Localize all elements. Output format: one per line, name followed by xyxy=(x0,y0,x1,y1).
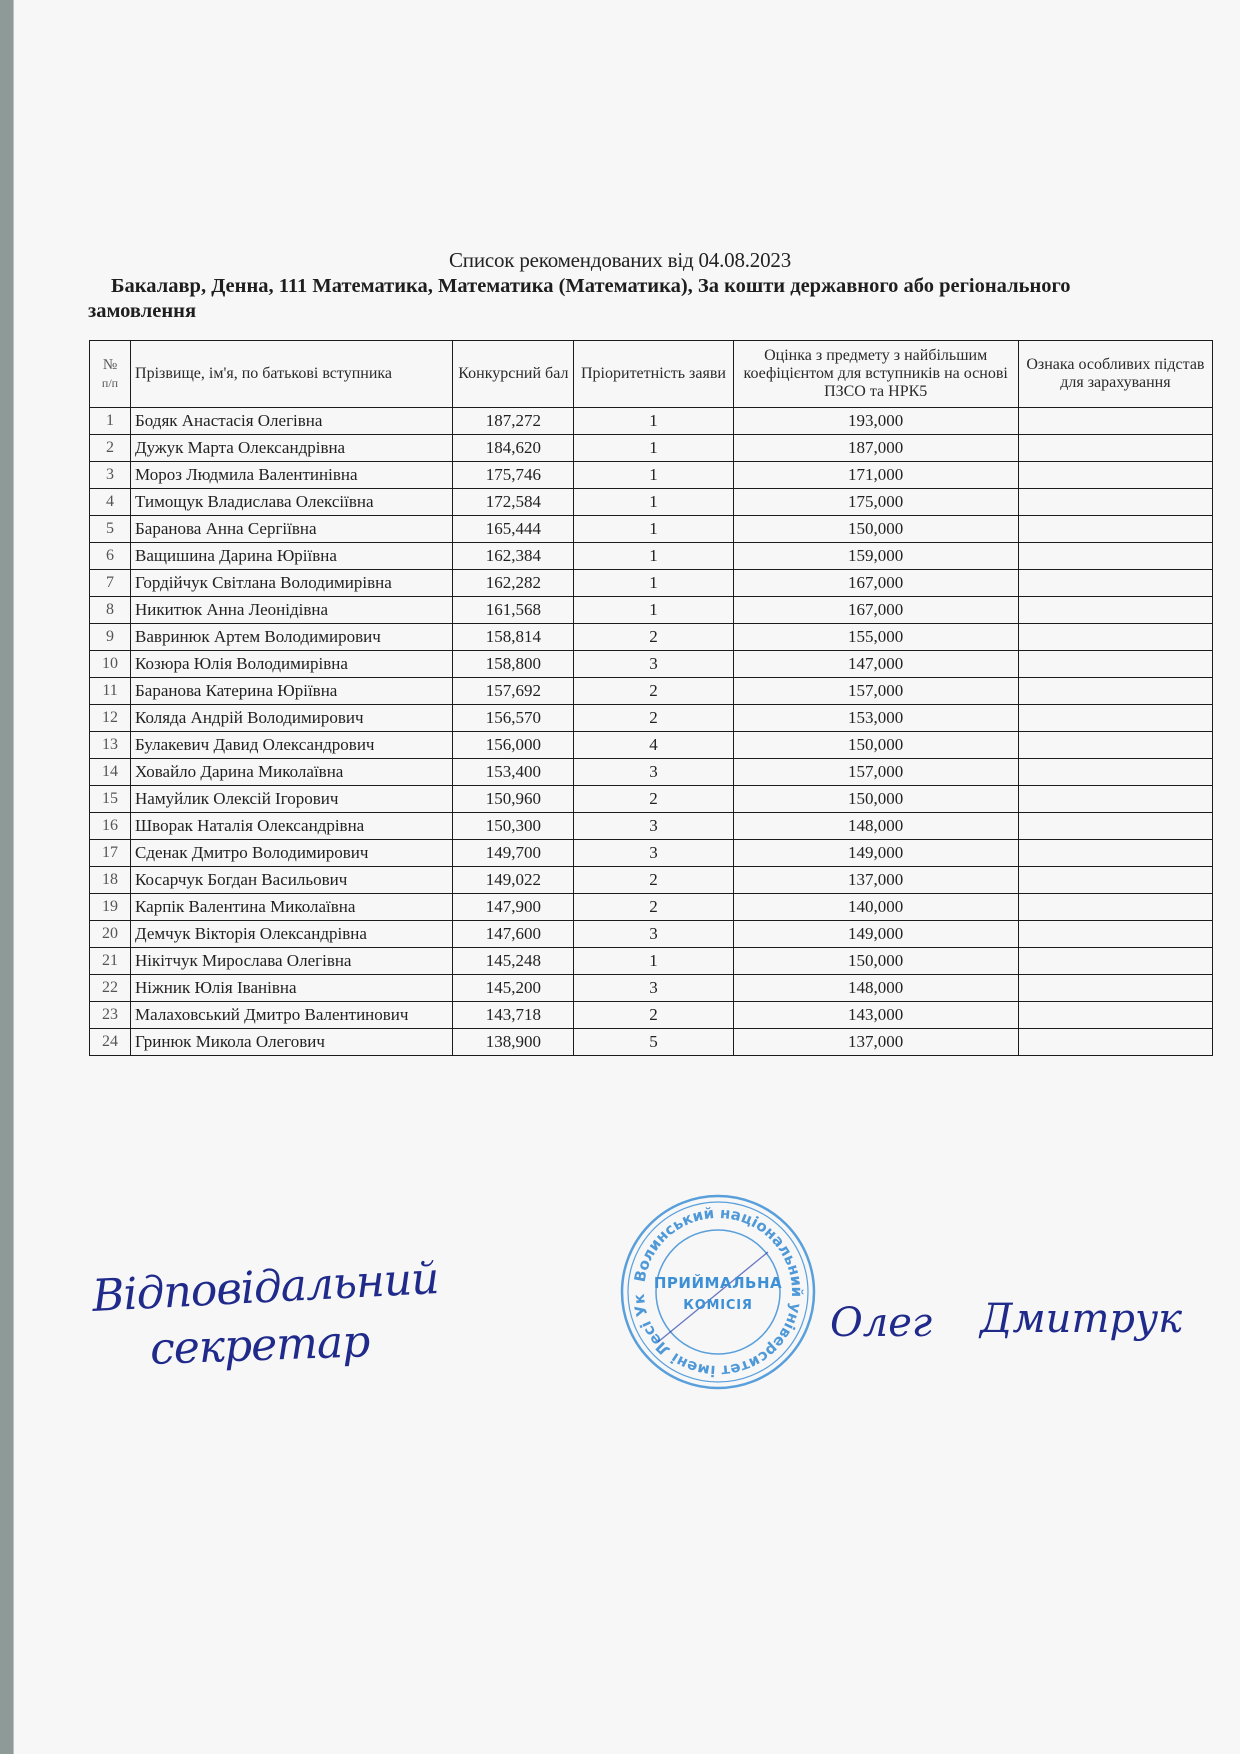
cell-special-grounds xyxy=(1018,1029,1212,1056)
cell-score: 158,814 xyxy=(453,624,574,651)
cell-score: 143,718 xyxy=(453,1002,574,1029)
cell-name: Гринюк Микола Олегович xyxy=(131,1029,453,1056)
cell-priority: 2 xyxy=(574,867,733,894)
signature-right-name: Олег xyxy=(830,1300,932,1346)
table-row: 2Дужук Марта Олександрівна184,6201187,00… xyxy=(90,435,1213,462)
cell-priority: 2 xyxy=(574,1002,733,1029)
header-number-symbol: № xyxy=(94,356,126,374)
header-special-grounds: Ознака особливих підстав для зарахування xyxy=(1018,341,1212,408)
cell-score: 147,900 xyxy=(453,894,574,921)
cell-special-grounds xyxy=(1018,894,1212,921)
table-row: 8Никитюк Анна Леонідівна161,5681167,000 xyxy=(90,597,1213,624)
cell-priority: 2 xyxy=(574,678,733,705)
cell-number: 6 xyxy=(90,543,131,570)
cell-score: 145,200 xyxy=(453,975,574,1002)
cell-number: 21 xyxy=(90,948,131,975)
cell-score: 184,620 xyxy=(453,435,574,462)
cell-score: 150,960 xyxy=(453,786,574,813)
cell-number: 2 xyxy=(90,435,131,462)
cell-score: 149,022 xyxy=(453,867,574,894)
cell-priority: 1 xyxy=(574,570,733,597)
table-row: 24Гринюк Микола Олегович138,9005137,000 xyxy=(90,1029,1213,1056)
cell-priority: 1 xyxy=(574,408,733,435)
cell-name: Тимощук Владислава Олексіївна xyxy=(131,489,453,516)
cell-special-grounds xyxy=(1018,624,1212,651)
cell-special-grounds xyxy=(1018,840,1212,867)
cell-subject-score: 150,000 xyxy=(733,732,1018,759)
cell-priority: 5 xyxy=(574,1029,733,1056)
signature-right-surname: Дмитрук xyxy=(980,1296,1182,1342)
table-row: 23Малаховський Дмитро Валентинович143,71… xyxy=(90,1002,1213,1029)
table-row: 3Мороз Людмила Валентинівна175,7461171,0… xyxy=(90,462,1213,489)
cell-special-grounds xyxy=(1018,570,1212,597)
cell-priority: 1 xyxy=(574,543,733,570)
cell-priority: 3 xyxy=(574,759,733,786)
cell-subject-score: 137,000 xyxy=(733,1029,1018,1056)
cell-special-grounds xyxy=(1018,543,1212,570)
recommended-list-table: № п/п Прізвище, ім'я, по батькові вступн… xyxy=(89,340,1213,1056)
cell-priority: 2 xyxy=(574,786,733,813)
table-row: 4Тимощук Владислава Олексіївна172,584117… xyxy=(90,489,1213,516)
cell-number: 8 xyxy=(90,597,131,624)
cell-score: 162,384 xyxy=(453,543,574,570)
cell-number: 11 xyxy=(90,678,131,705)
header-score: Конкурсний бал xyxy=(453,341,574,408)
cell-special-grounds xyxy=(1018,732,1212,759)
header-number: № п/п xyxy=(90,341,131,408)
cell-number: 16 xyxy=(90,813,131,840)
table-row: 6Ващишина Дарина Юріївна162,3841159,000 xyxy=(90,543,1213,570)
cell-name: Козюра Юлія Володимирівна xyxy=(131,651,453,678)
table-row: 17Сденак Дмитро Володимирович149,7003149… xyxy=(90,840,1213,867)
cell-number: 22 xyxy=(90,975,131,1002)
cell-number: 15 xyxy=(90,786,131,813)
cell-number: 20 xyxy=(90,921,131,948)
table-row: 14Ховайло Дарина Миколаївна153,4003157,0… xyxy=(90,759,1213,786)
cell-priority: 3 xyxy=(574,651,733,678)
cell-subject-score: 193,000 xyxy=(733,408,1018,435)
table-row: 7Гордійчук Світлана Володимирівна162,282… xyxy=(90,570,1213,597)
cell-number: 19 xyxy=(90,894,131,921)
table-row: 12Коляда Андрій Володимирович156,5702153… xyxy=(90,705,1213,732)
cell-number: 3 xyxy=(90,462,131,489)
table-row: 18Косарчук Богдан Васильович149,0222137,… xyxy=(90,867,1213,894)
cell-special-grounds xyxy=(1018,975,1212,1002)
cell-subject-score: 140,000 xyxy=(733,894,1018,921)
cell-priority: 1 xyxy=(574,489,733,516)
cell-subject-score: 157,000 xyxy=(733,678,1018,705)
cell-subject-score: 153,000 xyxy=(733,705,1018,732)
cell-number: 13 xyxy=(90,732,131,759)
cell-priority: 3 xyxy=(574,921,733,948)
cell-name: Дужук Марта Олександрівна xyxy=(131,435,453,462)
cell-score: 149,700 xyxy=(453,840,574,867)
cell-special-grounds xyxy=(1018,435,1212,462)
cell-name: Ховайло Дарина Миколаївна xyxy=(131,759,453,786)
cell-number: 1 xyxy=(90,408,131,435)
cell-name: Никитюк Анна Леонідівна xyxy=(131,597,453,624)
cell-name: Мороз Людмила Валентинівна xyxy=(131,462,453,489)
cell-name: Нікітчук Мирослава Олегівна xyxy=(131,948,453,975)
cell-score: 147,600 xyxy=(453,921,574,948)
cell-special-grounds xyxy=(1018,948,1212,975)
cell-name: Ващишина Дарина Юріївна xyxy=(131,543,453,570)
cell-subject-score: 155,000 xyxy=(733,624,1018,651)
header-name: Прізвище, ім'я, по батькові вступника xyxy=(131,341,453,408)
cell-name: Гордійчук Світлана Володимирівна xyxy=(131,570,453,597)
header-number-abbrev: п/п xyxy=(94,374,126,392)
page-subtitle: Бакалавр, Денна, 111 Математика, Математ… xyxy=(88,274,1088,324)
cell-subject-score: 143,000 xyxy=(733,1002,1018,1029)
cell-name: Намуйлик Олексій Ігорович xyxy=(131,786,453,813)
admission-committee-stamp: Волинський національний університет імен… xyxy=(618,1192,818,1392)
cell-special-grounds xyxy=(1018,1002,1212,1029)
cell-number: 14 xyxy=(90,759,131,786)
cell-name: Булакевич Давид Олександрович xyxy=(131,732,453,759)
cell-score: 153,400 xyxy=(453,759,574,786)
cell-subject-score: 171,000 xyxy=(733,462,1018,489)
cell-name: Баранова Катерина Юріївна xyxy=(131,678,453,705)
cell-score: 165,444 xyxy=(453,516,574,543)
cell-special-grounds xyxy=(1018,705,1212,732)
stamp-center-line1: ПРИЙМАЛЬНА xyxy=(618,1274,818,1292)
cell-number: 12 xyxy=(90,705,131,732)
cell-name: Бодяк Анастасія Олегівна xyxy=(131,408,453,435)
cell-name: Карпік Валентина Миколаївна xyxy=(131,894,453,921)
page-title: Список рекомендованих від 04.08.2023 xyxy=(0,248,1240,273)
cell-name: Баранова Анна Сергіївна xyxy=(131,516,453,543)
cell-priority: 1 xyxy=(574,948,733,975)
cell-number: 9 xyxy=(90,624,131,651)
cell-subject-score: 157,000 xyxy=(733,759,1018,786)
cell-number: 4 xyxy=(90,489,131,516)
stamp-center-line2: КОМІСІЯ xyxy=(618,1298,818,1313)
cell-subject-score: 149,000 xyxy=(733,840,1018,867)
signature-left-line2: секретар xyxy=(149,1316,370,1375)
cell-number: 5 xyxy=(90,516,131,543)
cell-special-grounds xyxy=(1018,786,1212,813)
cell-score: 157,692 xyxy=(453,678,574,705)
table-row: 19Карпік Валентина Миколаївна147,9002140… xyxy=(90,894,1213,921)
cell-priority: 1 xyxy=(574,435,733,462)
cell-subject-score: 175,000 xyxy=(733,489,1018,516)
cell-subject-score: 150,000 xyxy=(733,948,1018,975)
cell-subject-score: 167,000 xyxy=(733,597,1018,624)
cell-score: 156,570 xyxy=(453,705,574,732)
cell-name: Малаховський Дмитро Валентинович xyxy=(131,1002,453,1029)
cell-special-grounds xyxy=(1018,813,1212,840)
cell-subject-score: 137,000 xyxy=(733,867,1018,894)
table-row: 16Шворак Наталія Олександрівна150,300314… xyxy=(90,813,1213,840)
cell-priority: 1 xyxy=(574,516,733,543)
cell-name: Коляда Андрій Володимирович xyxy=(131,705,453,732)
cell-name: Ніжник Юлія Іванівна xyxy=(131,975,453,1002)
cell-priority: 3 xyxy=(574,975,733,1002)
table-row: 9Вавринюк Артем Володимирович158,8142155… xyxy=(90,624,1213,651)
cell-score: 156,000 xyxy=(453,732,574,759)
cell-special-grounds xyxy=(1018,651,1212,678)
cell-name: Демчук Вікторія Олександрівна xyxy=(131,921,453,948)
cell-special-grounds xyxy=(1018,462,1212,489)
cell-number: 17 xyxy=(90,840,131,867)
cell-subject-score: 167,000 xyxy=(733,570,1018,597)
cell-priority: 1 xyxy=(574,597,733,624)
cell-priority: 3 xyxy=(574,813,733,840)
cell-number: 23 xyxy=(90,1002,131,1029)
table-row: 5Баранова Анна Сергіївна165,4441150,000 xyxy=(90,516,1213,543)
cell-number: 10 xyxy=(90,651,131,678)
cell-score: 175,746 xyxy=(453,462,574,489)
cell-special-grounds xyxy=(1018,597,1212,624)
table-header-row: № п/п Прізвище, ім'я, по батькові вступн… xyxy=(90,341,1213,408)
cell-name: Вавринюк Артем Володимирович xyxy=(131,624,453,651)
cell-special-grounds xyxy=(1018,867,1212,894)
cell-score: 138,900 xyxy=(453,1029,574,1056)
cell-subject-score: 150,000 xyxy=(733,786,1018,813)
cell-special-grounds xyxy=(1018,516,1212,543)
cell-name: Косарчук Богдан Васильович xyxy=(131,867,453,894)
table-row: 11Баранова Катерина Юріївна157,6922157,0… xyxy=(90,678,1213,705)
cell-special-grounds xyxy=(1018,759,1212,786)
cell-score: 161,568 xyxy=(453,597,574,624)
cell-priority: 2 xyxy=(574,894,733,921)
cell-special-grounds xyxy=(1018,921,1212,948)
cell-priority: 2 xyxy=(574,624,733,651)
table-row: 1Бодяк Анастасія Олегівна187,2721193,000 xyxy=(90,408,1213,435)
cell-special-grounds xyxy=(1018,678,1212,705)
cell-subject-score: 148,000 xyxy=(733,813,1018,840)
cell-number: 7 xyxy=(90,570,131,597)
cell-number: 18 xyxy=(90,867,131,894)
table-row: 20Демчук Вікторія Олександрівна147,60031… xyxy=(90,921,1213,948)
cell-special-grounds xyxy=(1018,489,1212,516)
cell-subject-score: 187,000 xyxy=(733,435,1018,462)
stamp-ring-icon: Волинський національний університет імен… xyxy=(618,1192,818,1392)
cell-priority: 1 xyxy=(574,462,733,489)
cell-score: 150,300 xyxy=(453,813,574,840)
cell-score: 187,272 xyxy=(453,408,574,435)
cell-score: 158,800 xyxy=(453,651,574,678)
table-row: 15Намуйлик Олексій Ігорович150,9602150,0… xyxy=(90,786,1213,813)
cell-priority: 3 xyxy=(574,840,733,867)
cell-subject-score: 147,000 xyxy=(733,651,1018,678)
table-row: 22Ніжник Юлія Іванівна145,2003148,000 xyxy=(90,975,1213,1002)
cell-number: 24 xyxy=(90,1029,131,1056)
cell-priority: 2 xyxy=(574,705,733,732)
table-row: 13Булакевич Давид Олександрович156,00041… xyxy=(90,732,1213,759)
table-row: 10Козюра Юлія Володимирівна158,8003147,0… xyxy=(90,651,1213,678)
cell-subject-score: 149,000 xyxy=(733,921,1018,948)
cell-name: Шворак Наталія Олександрівна xyxy=(131,813,453,840)
cell-subject-score: 150,000 xyxy=(733,516,1018,543)
table-row: 21Нікітчук Мирослава Олегівна145,2481150… xyxy=(90,948,1213,975)
header-subject-score: Оцінка з предмету з найбільшим коефіцієн… xyxy=(733,341,1018,408)
cell-priority: 4 xyxy=(574,732,733,759)
cell-special-grounds xyxy=(1018,408,1212,435)
cell-score: 145,248 xyxy=(453,948,574,975)
cell-subject-score: 148,000 xyxy=(733,975,1018,1002)
cell-name: Сденак Дмитро Володимирович xyxy=(131,840,453,867)
header-priority: Пріоритетність заяви xyxy=(574,341,733,408)
cell-score: 162,282 xyxy=(453,570,574,597)
cell-subject-score: 159,000 xyxy=(733,543,1018,570)
cell-score: 172,584 xyxy=(453,489,574,516)
